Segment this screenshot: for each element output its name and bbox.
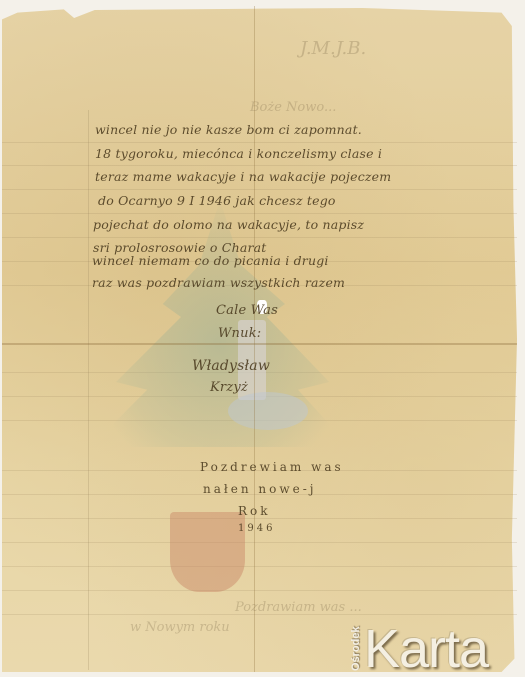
faint-header-2: Boże Nowo... <box>250 100 336 115</box>
faint-header: J.M.J.B. <box>300 38 366 59</box>
ruled-line <box>2 237 517 238</box>
letter-line-2: 18 tygoroku, miecónca i konczelismy clas… <box>95 146 382 161</box>
ruled-line <box>2 542 517 543</box>
greeting-year: 1946 <box>238 523 275 534</box>
greeting-line-2: nałen nowe-j <box>203 482 317 496</box>
closing-line-1: Cale Was <box>216 303 278 318</box>
signature-last-name: Krzyż <box>210 380 248 395</box>
flower-pot-drawing <box>170 512 245 592</box>
letter-line-1: wincel nie jo nie kasze bom ci zapomnat. <box>95 122 362 137</box>
ruled-line <box>2 566 517 567</box>
faint-bottom-text-2: w Nowym roku <box>130 620 230 635</box>
letter-line-3: teraz mame wakacyje i na wakacije pojecz… <box>95 169 391 184</box>
candle-holder-drawing <box>228 392 308 430</box>
ruled-line <box>2 165 517 166</box>
letter-line-8: raz was pozdrawiam wszystkich razem <box>92 275 345 290</box>
fold-crease-horizontal <box>2 343 517 345</box>
letter-line-5: pojechat do olomo na wakacyje, to napisz <box>93 217 364 232</box>
osrodek-karta-watermark: Ośrodek Karta <box>350 622 488 674</box>
watermark-small-text: Ośrodek <box>350 624 362 674</box>
closing-line-2: Wnuk: <box>218 326 261 341</box>
ruled-line <box>2 590 517 591</box>
margin-line <box>88 110 89 670</box>
ruled-line <box>2 213 517 214</box>
greeting-line-1: Pozdrewiam was <box>200 460 344 474</box>
letter-line-7: wincel niemam co do picania i drugi <box>92 253 329 268</box>
watermark-big-text: Karta <box>364 624 488 674</box>
faint-bottom-text: Pozdrawiam was ... <box>235 600 362 615</box>
ruled-line <box>2 189 517 190</box>
ruled-line <box>2 142 517 143</box>
letter-line-4: do Ocarnyo 9 I 1946 jak chcesz tego <box>98 193 336 208</box>
ruled-line <box>2 518 517 519</box>
signature-first-name: Władysław <box>192 358 270 374</box>
greeting-line-3: Rok <box>238 504 271 518</box>
